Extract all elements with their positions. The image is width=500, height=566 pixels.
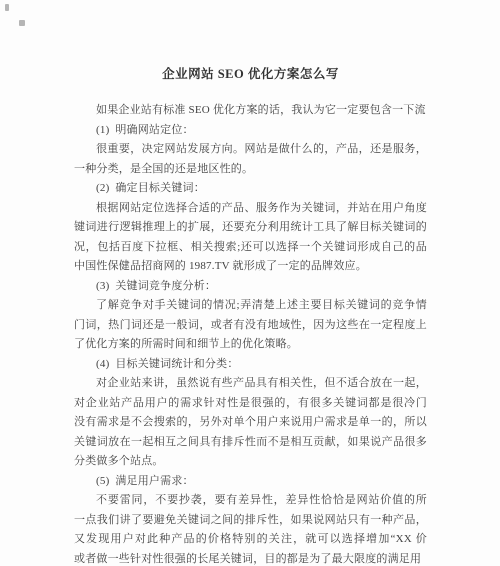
document-line: 况，包括百度下拉框、相关搜索;还可以选择一个关键词形成自己的品牌，比如: [74, 238, 427, 258]
scan-artifact-speck: [5, 4, 9, 11]
document-body: 如果企业站有标准 SEO 优化方案的话，我认为它一定要包含一下流程。(1) 明确…: [74, 101, 427, 566]
document-line: 根据网站定位选择合适的产品、服务作为关键词，并站在用户角度上对关: [74, 199, 427, 219]
document-line: 中国性保健品招商网的 1987.TV 就形成了一定的品牌效应。: [74, 257, 427, 277]
document-line: 关键词放在一起相互之间具有排斥性而不是相互贡献，如果说产品很多可进行: [74, 433, 427, 453]
document-line: 或者做一些针对性很强的长尾关键词，目的都是为了最大限度的满足用户需求。: [74, 550, 427, 566]
document-line: 很重要，决定网站发展方向。网站是做什么的，产品，还是服务，具体哪: [74, 140, 427, 160]
document-line: 又发现用户对此种产品的价格特别的关注，就可以选择增加“XX 价格”关键词，: [74, 530, 427, 550]
document-line: 没有需求是不会搜索的，另外对单个用户来说用户需求是单一的，所以说有些: [74, 413, 427, 433]
document-line: (4) 目标关键词统计和分类：: [74, 355, 427, 375]
document-line: 了解竞争对手关键词的情况;弄清楚上述主要目标关键词的竞争情况，是冷: [74, 296, 427, 316]
document-line: 门词，热门词还是一般词，或者有没有地域性，因为这些在一定程度上影响到: [74, 316, 427, 336]
document-page: 企业网站 SEO 优化方案怎么写 如果企业站有标准 SEO 优化方案的话，我认为…: [0, 0, 500, 566]
document-line: 键词进行逻辑推理上的扩展，还要充分利用统计工具了解目标关键词的需求情: [74, 218, 427, 238]
document-line: 对企业站来讲，虽然说有些产品具有相关性，但不适合放在一起，原因是: [74, 374, 427, 394]
document-title: 企业网站 SEO 优化方案怎么写: [74, 64, 427, 84]
document-line: (1) 明确网站定位：: [74, 121, 427, 141]
document-text-block: 企业网站 SEO 优化方案怎么写 如果企业站有标准 SEO 优化方案的话，我认为…: [74, 64, 427, 566]
document-line: 如果企业站有标准 SEO 优化方案的话，我认为它一定要包含一下流程。: [74, 101, 427, 121]
document-line: (3) 关键词竞争度分析：: [74, 277, 427, 297]
document-line: 不要雷同，不要抄袭，要有差异性，差异性恰恰是网站价值的所在。上面: [74, 491, 427, 511]
document-line: 了优化方案的所需时间和细节上的优化策略。: [74, 335, 427, 355]
document-line: 一种分类，是全国的还是地区性的。: [74, 160, 427, 180]
document-line: (2) 确定目标关键词：: [74, 179, 427, 199]
document-line: 分类做多个站点。: [74, 452, 427, 472]
scan-artifact-speck: [19, 20, 25, 26]
document-line: 对企业站产品用户的需求针对性是很强的，有很多关键词都是很冷门的，用户: [74, 394, 427, 414]
document-line: (5) 满足用户需求：: [74, 472, 427, 492]
document-line: 一点我们讲了要避免关键词之间的排斥性，如果说网站只有一种产品，而我们: [74, 511, 427, 531]
